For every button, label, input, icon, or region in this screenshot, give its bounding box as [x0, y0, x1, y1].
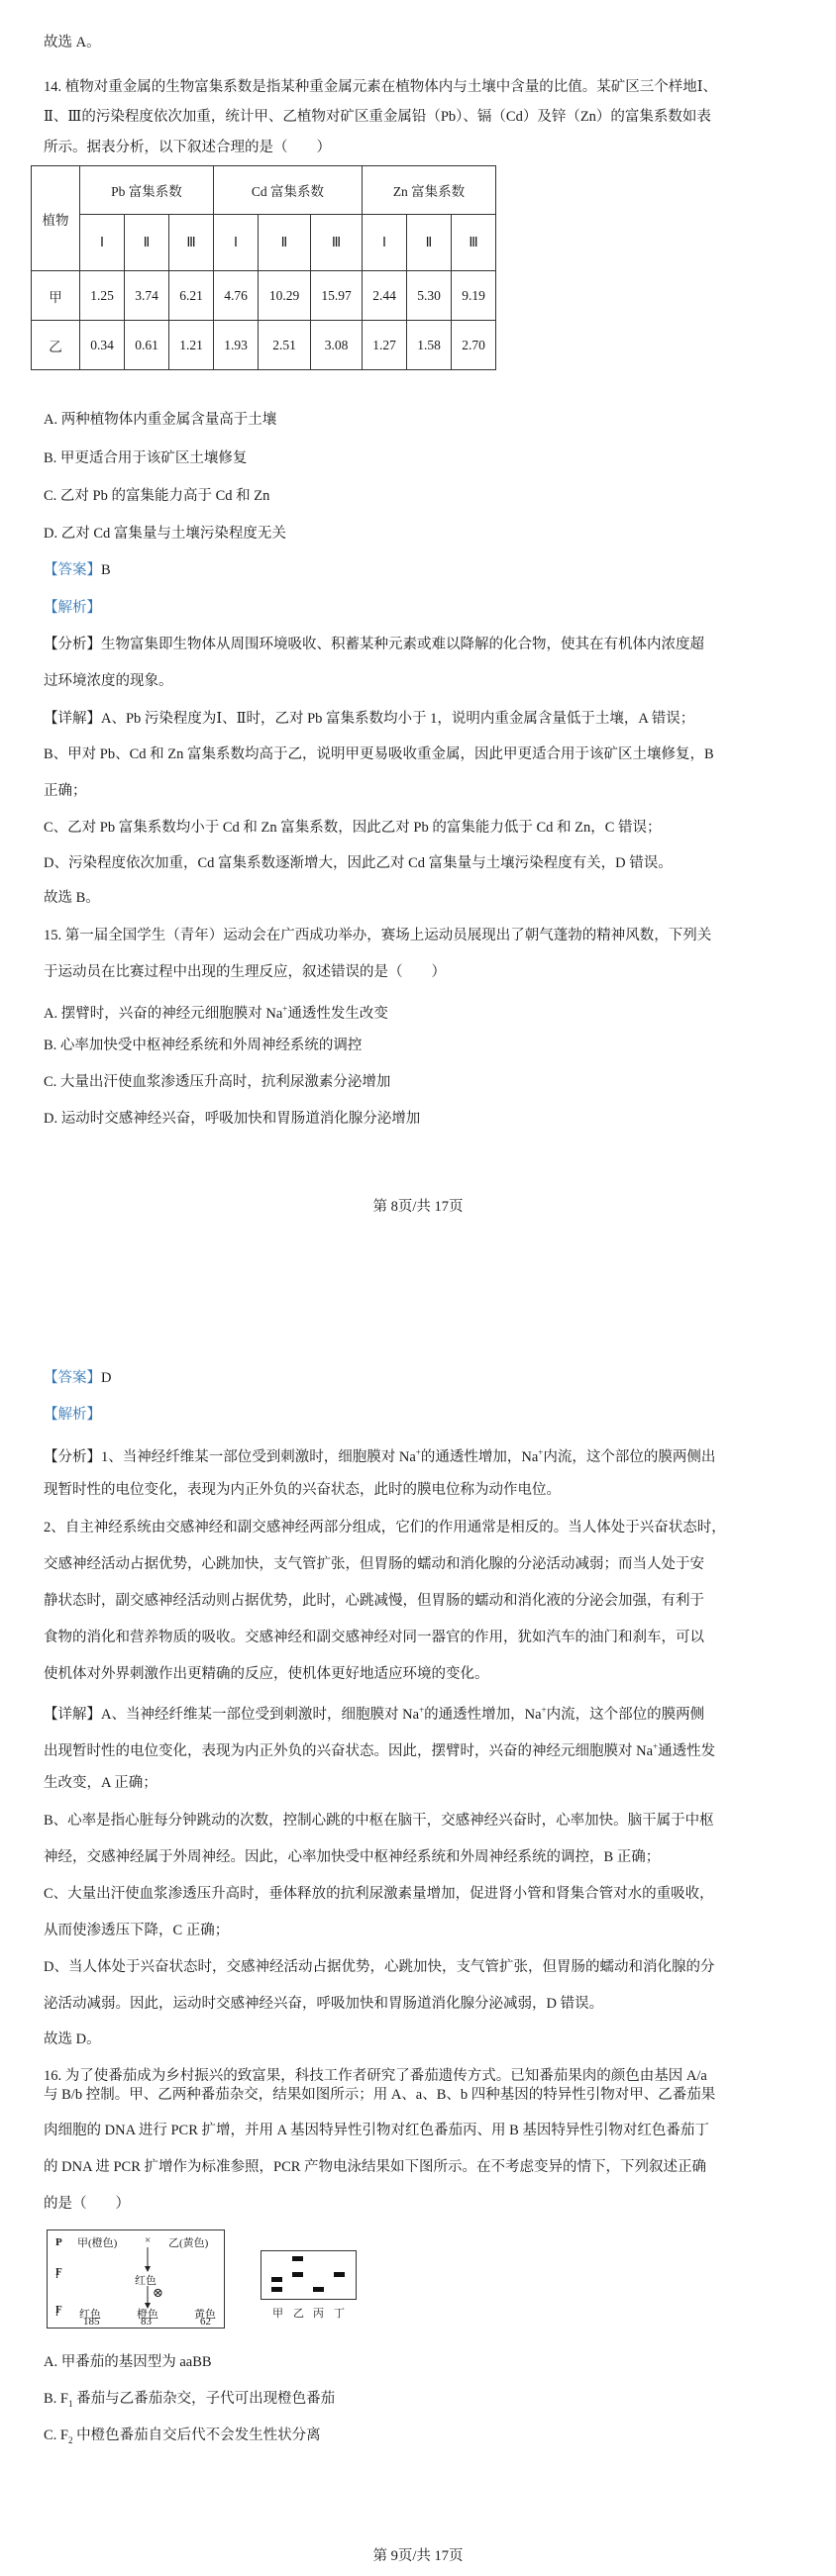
- electrophoresis-gel: [261, 2250, 357, 2300]
- q15-xiangjie-line: 从而使渗透压下降，C 正确；: [44, 1921, 229, 1940]
- table-cell: 0.61: [125, 321, 169, 370]
- q15-option-b: B. 心率加快受中枢神经系统和外周神经系统的调控: [44, 1036, 362, 1055]
- fenxi-tag: 【分析】: [44, 1449, 101, 1465]
- option-text: B. F: [44, 2391, 68, 2407]
- answer-tag: 【答案】: [44, 562, 101, 578]
- fenxi-text: 1、当神经纤维某一部位受到刺激时，细胞膜对 Na: [101, 1449, 416, 1465]
- selfing-icon: ⊗: [153, 2285, 163, 2301]
- table-subheader: Ⅱ: [259, 215, 311, 271]
- q15-stem-line: 15. 第一届全国学生（青年）运动会在广西成功举办，赛场上运动员展现出了朝气蓬勃…: [44, 926, 711, 945]
- q15-fenxi-line: 静状态时，副交感神经活动则占据优势，此时，心跳减慢，但胃肠的蠕动和消化液的分泌会…: [44, 1591, 704, 1611]
- gel-lane-label: 乙: [293, 2305, 304, 2321]
- table-group-header: Pb 富集系数: [80, 166, 214, 215]
- q14-stem-line: 所示。据表分析，以下叙述合理的是（ ）: [44, 138, 331, 157]
- q15-conclusion: 故选 D。: [44, 2030, 101, 2049]
- q14-analysis-tag: 【解析】: [44, 598, 101, 618]
- option-text: C. F: [44, 2427, 68, 2443]
- gel-lane-label: 丁: [334, 2305, 345, 2321]
- f2-count: 185: [83, 2316, 100, 2328]
- table-subheader: Ⅱ: [125, 215, 169, 271]
- q15-fenxi-line: 使机体对外界刺激作出更精确的反应，使机体更好地适应环境的变化。: [44, 1664, 489, 1684]
- table-cell: 1.58: [407, 321, 452, 370]
- q14-xiangjie-line: B、甲对 Pb、Cd 和 Zn 富集系数均高于乙，说明甲更易吸收重金属，因此甲更…: [44, 744, 714, 764]
- analysis-tag: 【解析】: [44, 600, 101, 616]
- fenxi-text: 的通透性增加，Na: [421, 1449, 538, 1465]
- parent2-label: 乙(黄色): [168, 2234, 208, 2250]
- f1-label: F1: [55, 2266, 58, 2280]
- xiangjie-tag: 【详解】: [44, 711, 101, 727]
- q14-xiangjie-line: 正确；: [44, 781, 87, 801]
- table-group-header: Cd 富集系数: [214, 166, 363, 215]
- f2-count: 62: [200, 2316, 211, 2328]
- prev-conclusion: 故选 A。: [44, 33, 101, 52]
- q16-stem-line: 16. 为了使番茄成为乡村振兴的致富果，科技工作者研究了番茄遗传方式。已知番茄果…: [44, 2066, 707, 2086]
- q15-fenxi-line: 食物的消化和营养物质的吸收。交感神经和副交感神经对同一器官的作用，犹如汽车的油门…: [44, 1628, 704, 1647]
- q16-stem-line: 肉细胞的 DNA 进行 PCR 扩增，并用 A 基因特异性引物对红色番茄丙、用 …: [44, 2121, 709, 2140]
- gel-band: [292, 2256, 303, 2261]
- q14-xiangjie-line: C、乙对 Pb 富集系数均小于 Cd 和 Zn 富集系数，因此乙对 Pb 的富集…: [44, 818, 662, 838]
- q16-stem-line: 的是（ ）: [44, 2194, 130, 2214]
- table-cell: 4.76: [214, 271, 259, 321]
- q15-fenxi-line: 交感神经活动占据优势，心跳加快，支气管扩张，但胃肠的蠕动和消化腺的分泌活动减弱；…: [44, 1554, 704, 1574]
- gel-band: [271, 2287, 282, 2292]
- table-cell: 1.21: [169, 321, 214, 370]
- q15-xiangjie-line: B、心率是指心脏每分钟跳动的次数，控制心跳的中枢在脑干，交感神经兴奋时，心率加快…: [44, 1811, 714, 1831]
- xiangjie-text: A、当神经纤维某一部位受到刺激时，细胞膜对 Na: [101, 1707, 419, 1723]
- option-text: 中橙色番茄自交后代不会发生性状分离: [73, 2427, 321, 2443]
- q15-xiangjie-line: C、大量出汗使血浆渗透压升高时，垂体释放的抗利尿激素量增加，促进肾小管和肾集合管…: [44, 1884, 714, 1904]
- gel-lane-label: 甲: [272, 2305, 283, 2321]
- q15-option-d: D. 运动时交感神经兴奋，呼吸加快和胃肠道消化腺分泌增加: [44, 1109, 420, 1129]
- cross-diagram: P 甲(橙色) × 乙(黄色) F1 红色 ⊗ F1 红色 185 橙色 83 …: [47, 2229, 225, 2328]
- table-cell: 1.25: [80, 271, 125, 321]
- table-subheader: Ⅲ: [452, 215, 496, 271]
- parent1-label: 甲(橙色): [77, 2234, 117, 2250]
- table-cell: 1.93: [214, 321, 259, 370]
- table-cell-plant: 甲: [32, 271, 80, 321]
- answer-value: B: [101, 562, 111, 578]
- q14-stem-line: 14. 植物对重金属的生物富集系数是指某种重金属元素在植物体内与土壤中含量的比值…: [44, 77, 717, 97]
- answer-value: D: [101, 1370, 111, 1386]
- q16-option-c: C. F2 中橙色番茄自交后代不会发生性状分离: [44, 2426, 321, 2450]
- gel-band: [313, 2287, 324, 2292]
- table-cell: 9.19: [452, 271, 496, 321]
- table-cell: 2.51: [259, 321, 311, 370]
- table-cell: 0.34: [80, 321, 125, 370]
- xiangjie-text: 通透性发: [658, 1743, 715, 1759]
- q15-fenxi-line: 2、自主神经系统由交感神经和副交感神经两部分组成，它们的作用通常是相反的。当人体…: [44, 1518, 726, 1537]
- q15-xiangjie-line: 泌活动减弱。因此，运动时交感神经兴奋，呼吸加快和胃肠道消化腺分泌减弱，D 错误。: [44, 1994, 603, 2014]
- gel-band: [292, 2272, 303, 2277]
- analysis-tag: 【解析】: [44, 1407, 101, 1423]
- q14-stem-line: Ⅱ、Ⅲ的污染程度依次加重，统计甲、乙植物对矿区重金属铅（Pb）、镉（Cd）及锌（…: [44, 107, 711, 127]
- page-footer: 第 9页/共 17页: [0, 2544, 836, 2565]
- table-subheader: Ⅰ: [214, 215, 259, 271]
- option-text: A. 摆臂时，兴奋的神经元细胞膜对 Na: [44, 1006, 282, 1022]
- q15-option-c: C. 大量出汗使血浆渗透压升高时，抗利尿激素分泌增加: [44, 1072, 390, 1092]
- q15-xiangjie-line: 生改变，A 正确；: [44, 1773, 157, 1793]
- table-corner: 植物: [32, 166, 80, 271]
- gel-band: [271, 2277, 282, 2282]
- table-cell: 3.74: [125, 271, 169, 321]
- q15-fenxi-line: 【分析】1、当神经纤维某一部位受到刺激时，细胞膜对 Na+的通透性增加，Na+内…: [44, 1442, 715, 1467]
- q14-option-d: D. 乙对 Cd 富集量与土壤污染程度无关: [44, 524, 286, 544]
- xiangjie-text: A、Pb 污染程度为Ⅰ、Ⅱ时，乙对 Pb 富集系数均小于 1，说明内重金属含量低…: [101, 711, 694, 727]
- xiangjie-text: 内流，这个部位的膜两侧: [547, 1707, 705, 1723]
- fenxi-text: 内流，这个部位的膜两侧出: [543, 1449, 715, 1465]
- q15-stem-line: 于运动员在比赛过程中出现的生理反应，叙述错误的是（ ）: [44, 962, 446, 982]
- q15-xiangjie-line: 出现暂时性的电位变化，表现为内正外负的兴奋状态。因此，摆臂时，兴奋的神经元细胞膜…: [44, 1736, 715, 1761]
- table-row: 甲 1.25 3.74 6.21 4.76 10.29 15.97 2.44 5…: [32, 271, 496, 321]
- xiangjie-text: 的通透性增加，Na: [424, 1707, 541, 1723]
- q15-answer: 【答案】D: [44, 1368, 111, 1388]
- f2-count: 83: [141, 2316, 152, 2328]
- option-text: 通透性发生改变: [287, 1006, 388, 1022]
- q14-conclusion: 故选 B。: [44, 888, 100, 908]
- enrichment-table: 植物 Pb 富集系数 Cd 富集系数 Zn 富集系数 Ⅰ Ⅱ Ⅲ Ⅰ Ⅱ Ⅲ Ⅰ…: [31, 165, 496, 370]
- fenxi-text: 生物富集即生物体从周围环境吸收、积蓄某种元素或难以降解的化合物，使其在有机体内浓…: [101, 637, 704, 652]
- table-cell: 2.70: [452, 321, 496, 370]
- fenxi-tag: 【分析】: [44, 637, 101, 652]
- cross-sign: ×: [145, 2234, 151, 2246]
- q16-option-a: A. 甲番茄的基因型为 aaBB: [44, 2352, 212, 2372]
- q14-option-b: B. 甲更适合用于该矿区土壤修复: [44, 448, 247, 468]
- table-cell: 6.21: [169, 271, 214, 321]
- table-cell: 15.97: [311, 271, 363, 321]
- q16-stem-line: 与 B/b 控制。甲、乙两种番茄杂交，结果如图所示；用 A、a、B、b 四种基因…: [44, 2085, 715, 2105]
- q14-fenxi-line: 【分析】生物富集即生物体从周围环境吸收、积蓄某种元素或难以降解的化合物，使其在有…: [44, 635, 704, 654]
- option-text: 番茄与乙番茄杂交，子代可出现橙色番茄: [73, 2391, 336, 2407]
- q15-option-a: A. 摆臂时，兴奋的神经元细胞膜对 Na+通透性发生改变: [44, 999, 388, 1024]
- q16-option-b: B. F1 番茄与乙番茄杂交，子代可出现橙色番茄: [44, 2389, 335, 2414]
- answer-tag: 【答案】: [44, 1370, 101, 1386]
- q15-xiangjie-line: D、当人体处于兴奋状态时，交感神经活动占据优势，心跳加快，支气管扩张，但胃肠的蠕…: [44, 1957, 714, 1977]
- table-cell: 1.27: [363, 321, 407, 370]
- xiangjie-text: 出现暂时性的电位变化，表现为内正外负的兴奋状态。因此，摆臂时，兴奋的神经元细胞膜…: [44, 1743, 653, 1759]
- q15-xiangjie-line: 神经，交感神经属于外周神经。因此，心率加快受中枢神经系统和外周神经系统的调控，B…: [44, 1847, 660, 1867]
- q14-xiangjie-line: 【详解】A、Pb 污染程度为Ⅰ、Ⅱ时，乙对 Pb 富集系数均小于 1，说明内重金…: [44, 709, 694, 729]
- q15-xiangjie-line: 【详解】A、当神经纤维某一部位受到刺激时，细胞膜对 Na+的通透性增加，Na+内…: [44, 1700, 704, 1725]
- q14-option-c: C. 乙对 Pb 的富集能力高于 Cd 和 Zn: [44, 486, 269, 506]
- gel-band: [334, 2272, 345, 2277]
- table-subheader: Ⅰ: [80, 215, 125, 271]
- q16-stem-line: 的 DNA 进 PCR 扩增作为标准参照，PCR 产物电泳结果如下图所示。在不考…: [44, 2157, 706, 2177]
- table-subheader: Ⅰ: [363, 215, 407, 271]
- table-cell-plant: 乙: [32, 321, 80, 370]
- table-subheader: Ⅲ: [311, 215, 363, 271]
- table-cell: 10.29: [259, 271, 311, 321]
- table-subheader: Ⅱ: [407, 215, 452, 271]
- table-cell: 2.44: [363, 271, 407, 321]
- p-label: P: [55, 2236, 62, 2248]
- q14-xiangjie-line: D、污染程度依次加重，Cd 富集系数逐渐增大，因此乙对 Cd 富集量与土壤污染程…: [44, 853, 673, 873]
- table-subheader: Ⅲ: [169, 215, 214, 271]
- table-row: 乙 0.34 0.61 1.21 1.93 2.51 3.08 1.27 1.5…: [32, 321, 496, 370]
- table-cell: 3.08: [311, 321, 363, 370]
- table-group-header: Zn 富集系数: [363, 166, 496, 215]
- arrow-down-icon: [143, 2247, 153, 2273]
- table-cell: 5.30: [407, 271, 452, 321]
- q14-answer: 【答案】B: [44, 560, 111, 580]
- page-footer: 第 8页/共 17页: [0, 1195, 836, 1216]
- xiangjie-tag: 【详解】: [44, 1707, 101, 1723]
- gel-lane-label: 丙: [313, 2305, 324, 2321]
- q14-fenxi-line: 过环境浓度的现象。: [44, 671, 173, 691]
- f2-label: F1: [55, 2304, 58, 2318]
- q15-analysis-tag: 【解析】: [44, 1405, 101, 1425]
- q15-fenxi-line: 现暂时性的电位变化，表现为内正外负的兴奋状态，此时的膜电位称为动作电位。: [44, 1480, 561, 1500]
- q14-option-a: A. 两种植物体内重金属含量高于土壤: [44, 410, 276, 430]
